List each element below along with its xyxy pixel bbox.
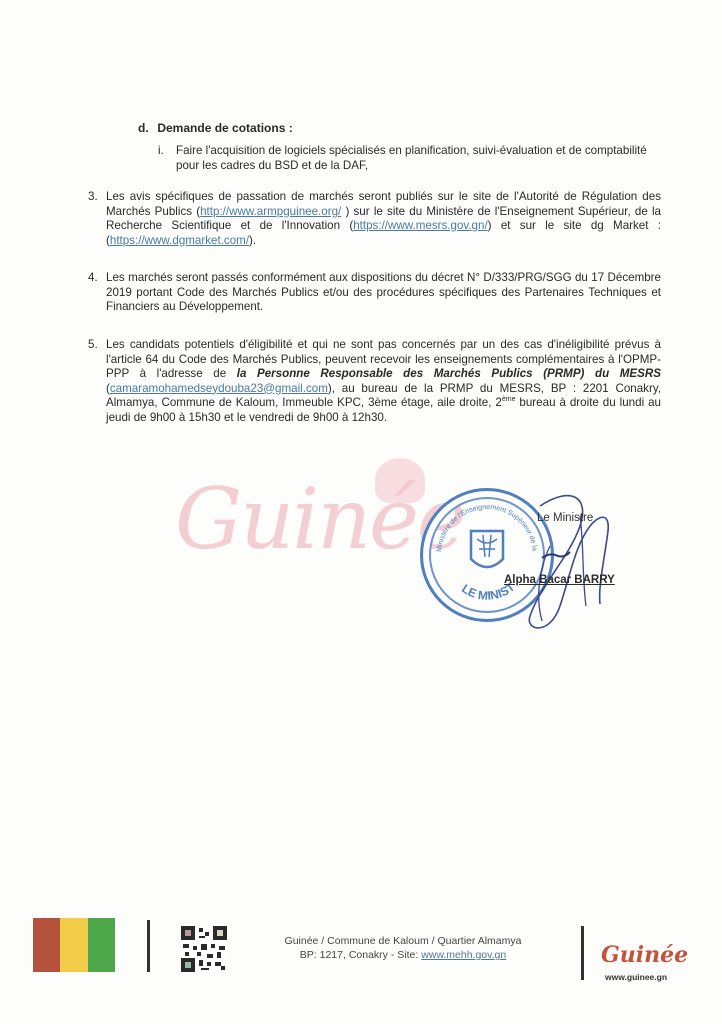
text-segment: ).: [249, 234, 256, 247]
qr-code-icon[interactable]: [181, 926, 227, 972]
list-item-i: i. Faire l'acquisition de logiciels spéc…: [158, 144, 663, 173]
superscript: ème: [502, 396, 516, 403]
guinee-site-text[interactable]: www.guinee.gn: [605, 972, 667, 982]
footer-address: Guinée / Commune de Kaloum / Quartier Al…: [258, 934, 548, 962]
armp-link[interactable]: http://www.armpguinee.org/: [200, 205, 341, 218]
email-link[interactable]: camaramohamedseydouba23@gmail.com: [110, 382, 328, 395]
list-item-4: 4. Les marchés seront passés conformémen…: [88, 271, 661, 315]
signature-icon: [480, 486, 630, 636]
item-text: Faire l'acquisition de logiciels spécial…: [176, 144, 663, 173]
address-line-1: Guinée / Commune de Kaloum / Quartier Al…: [258, 934, 548, 948]
guinee-logo: Guinée: [601, 942, 688, 968]
guinea-flag: [33, 918, 115, 972]
item-text: Les marchés seront passés conformément a…: [106, 271, 661, 315]
list-item-5: 5. Les candidats potentiels d'éligibilit…: [88, 338, 661, 425]
footer-divider-right: [581, 926, 584, 980]
mesrs-link[interactable]: https://www.mesrs.gov.gn/: [353, 219, 487, 232]
signatory-name: Alpha Bacar BARRY: [504, 574, 615, 586]
list-item-3: 3. Les avis spécifiques de passation de …: [88, 190, 661, 248]
section-heading-d: d. Demande de cotations :: [138, 121, 293, 136]
ministry-site-link[interactable]: www.mehh.gov.gn: [421, 949, 506, 961]
dgmarket-link[interactable]: https://www.dgmarket.com/: [110, 234, 249, 247]
flag-red-stripe: [33, 918, 60, 972]
address-prefix: BP: 1217, Conakry - Site:: [300, 949, 421, 961]
item-number: 3.: [88, 190, 98, 205]
prmp-title: la Personne Responsable des Marchés Publ…: [237, 367, 661, 380]
flag-yellow-stripe: [60, 918, 87, 972]
heading-text: Demande de cotations :: [157, 121, 292, 135]
item-number: i.: [158, 144, 164, 159]
address-line-2: BP: 1217, Conakry - Site: www.mehh.gov.g…: [258, 948, 548, 962]
item-text: Les candidats potentiels d'éligibilité e…: [106, 338, 661, 425]
item-number: 5.: [88, 338, 98, 353]
signatory-title: Le Ministre: [537, 512, 593, 524]
heading-label: d.: [138, 121, 154, 136]
document-page: Guinée d. Demande de cotations : i. Fair…: [0, 0, 722, 1024]
footer-divider: [147, 920, 150, 972]
flag-green-stripe: [88, 918, 115, 972]
item-text: Les avis spécifiques de passation de mar…: [106, 190, 661, 248]
item-number: 4.: [88, 271, 98, 286]
